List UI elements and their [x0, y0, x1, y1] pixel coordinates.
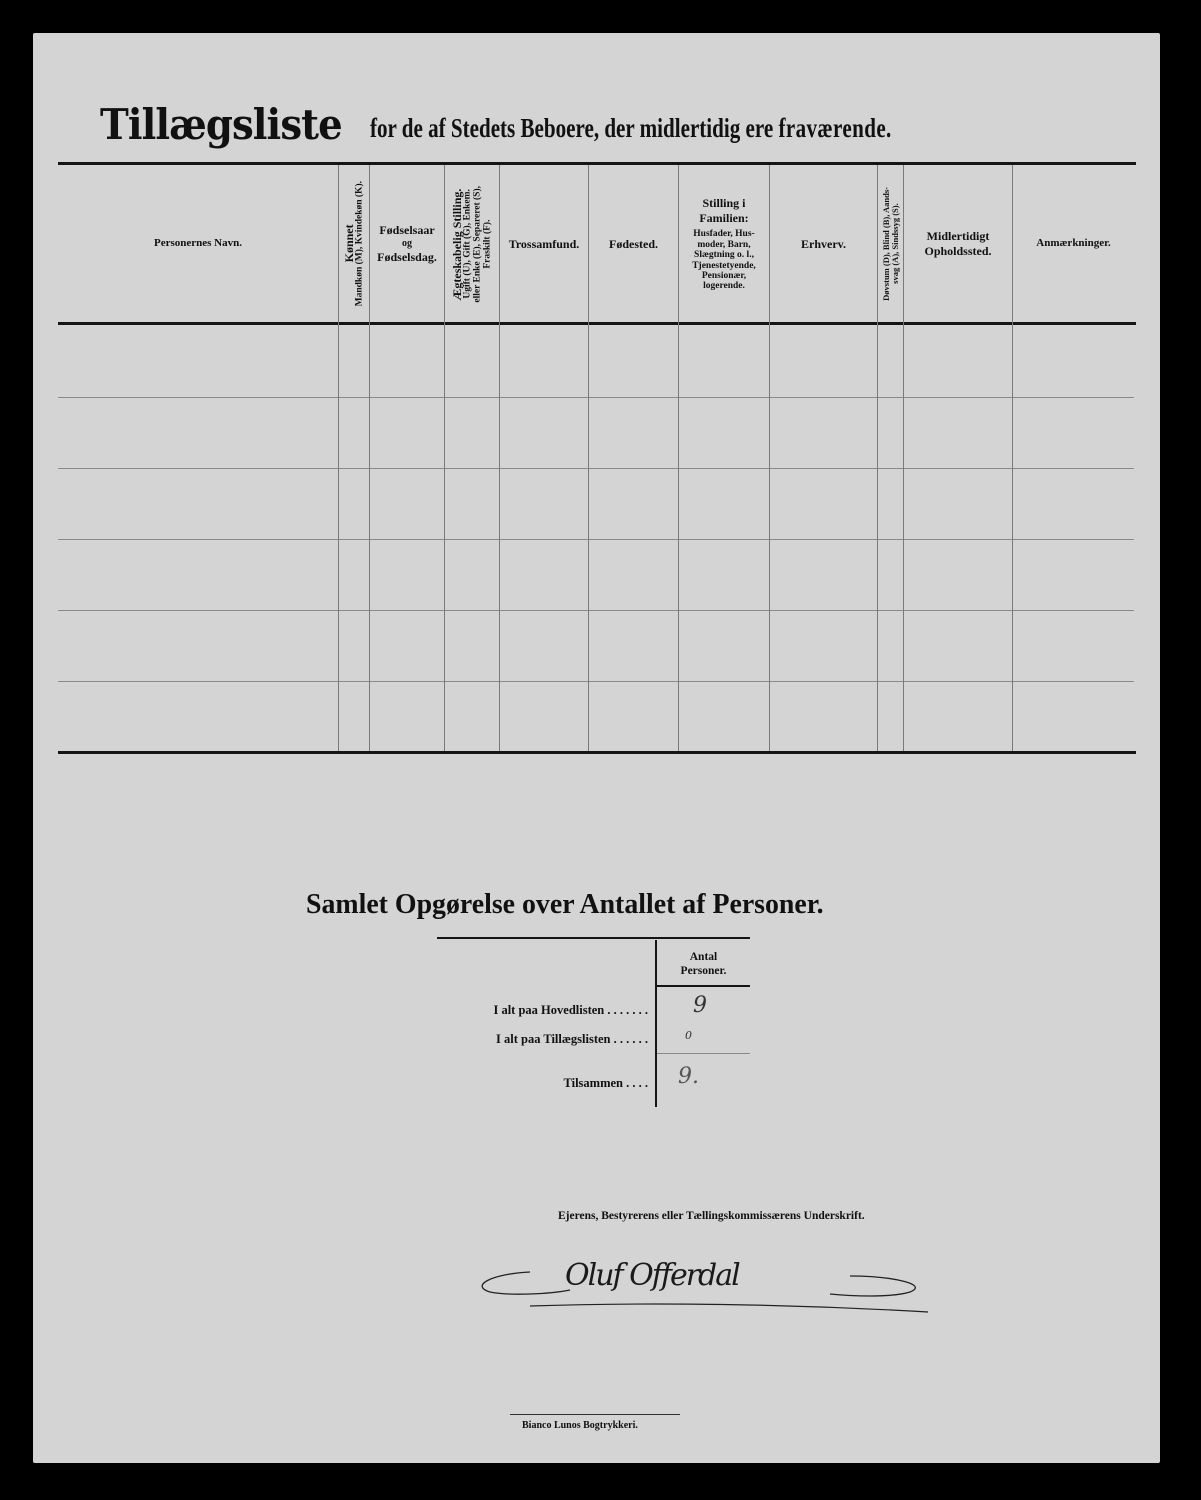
form-title: Tillægsliste	[100, 100, 342, 149]
summary-column-header: Antal Personer.	[657, 944, 750, 984]
summary-row-dots: . . . . . . .	[607, 1003, 648, 1017]
summary-header-line: Personer.	[681, 964, 727, 978]
table-top-rule	[58, 162, 1136, 165]
col-header-opholdssted: Midlertidigt Opholdssted.	[904, 166, 1012, 322]
form-subtitle: for de af Stedets Beboere, der midlertid…	[370, 113, 892, 144]
col-header-sub: logerende.	[703, 281, 745, 291]
subtitle-emphasis: fraværende.	[778, 113, 891, 143]
summary-row-tilsammen: Tilsammen . . . .	[400, 1076, 648, 1091]
summary-value-tilsammen: 9.	[678, 1064, 699, 1089]
col-header-sub: Pensionær,	[702, 271, 746, 281]
col-header-line: Fødselsaar	[379, 223, 434, 238]
col-header-line: Fødselsdag.	[377, 250, 437, 265]
summary-row-label: I alt paa Hovedlisten	[493, 1003, 604, 1017]
signature-label: Ejerens, Bestyrerens eller Tællingskommi…	[558, 1210, 865, 1222]
col-header-kjonnet: Kønnet Mandkøn (M), Kvindekøn (K).	[339, 166, 369, 322]
col-header-label: Anmærkninger.	[1036, 237, 1110, 251]
footer-rule	[510, 1414, 680, 1415]
row-divider	[58, 539, 1134, 540]
subtitle-text: for de af Stedets Beboere, der midlertid…	[370, 113, 773, 143]
summary-row-label: Tilsammen	[564, 1076, 624, 1090]
col-header-line: Opholdssted.	[924, 244, 991, 259]
summary-row-hovedlisten: I alt paa Hovedlisten . . . . . . .	[400, 1003, 648, 1018]
col-header-fodested: Fødested.	[589, 166, 678, 322]
col-header-label: Trossamfund.	[509, 237, 580, 252]
summary-row-label: I alt paa Tillægslisten	[496, 1032, 611, 1046]
signature-area: Oluf Offerdal	[470, 1250, 930, 1320]
col-header-trossamfund: Trossamfund.	[500, 166, 588, 322]
col-header-sub: Mandkøn (M), Kvindekøn (K).	[355, 181, 365, 306]
row-divider	[58, 681, 1134, 682]
printer-credit: Bianco Lunos Bogtrykkeri.	[522, 1420, 638, 1431]
summary-title: Samlet Opgørelse over Antallet af Person…	[306, 888, 824, 921]
col-header-sub: Husfader, Hus-	[693, 229, 754, 239]
col-header-line: og	[402, 238, 412, 251]
table-bottom-rule	[58, 751, 1136, 754]
col-header-sub: Slægtning o. l.,	[694, 250, 754, 260]
col-header-sub: moder, Barn,	[697, 240, 750, 250]
col-header-aegteskab: Ægteskabelig Stilling. Ugift (U), Gift (…	[445, 166, 499, 322]
col-header-stilling: Stilling i Familien: Husfader, Hus- mode…	[679, 166, 769, 322]
col-header-label: Personernes Navn.	[154, 237, 242, 251]
summary-row-tillaegslisten: I alt paa Tillægslisten . . . . . .	[400, 1032, 648, 1047]
col-header-erhverv: Erhverv.	[770, 166, 877, 322]
signature-handwritten: Oluf Offerdal	[565, 1258, 739, 1293]
row-divider	[58, 397, 1134, 398]
col-header-sub: Tjenestetyende,	[692, 261, 756, 271]
summary-header-line: Antal	[690, 950, 717, 964]
summary-value-hovedlisten: 9	[693, 993, 707, 1018]
summary-value-tillaegslisten: 0	[685, 1029, 692, 1042]
header-bottom-rule	[58, 322, 1136, 325]
summary-header-rule	[657, 985, 750, 987]
col-header-label: Ægteskabelig Stilling.	[451, 186, 464, 303]
col-header-sub: Fraskilt (F).	[483, 186, 493, 303]
col-header-line: Midlertidigt	[927, 229, 990, 244]
col-header-sub: svag (A), Sindssyg (S).	[891, 187, 900, 301]
summary-total-rule	[657, 1053, 750, 1054]
col-header-anmaerkninger: Anmærkninger.	[1013, 166, 1134, 322]
col-header-fodselsaar: Fødselsaar og Fødselsdag.	[370, 166, 444, 322]
col-header-sygdom: Døvstum (D), Blind (B), Aands- svag (A),…	[878, 166, 903, 322]
row-divider	[58, 468, 1134, 469]
col-header-navn: Personernes Navn.	[58, 166, 338, 322]
col-header-label: Fødested.	[609, 237, 658, 252]
col-header-label: Kønnet	[343, 181, 356, 306]
summary-row-dots: . . . .	[626, 1076, 648, 1090]
col-header-line: Familien:	[699, 211, 748, 226]
col-header-line: Stilling i	[702, 196, 745, 211]
row-divider	[58, 610, 1134, 611]
summary-row-dots: . . . . . .	[614, 1032, 648, 1046]
summary-top-rule	[437, 937, 750, 939]
col-header-label: Erhverv.	[801, 237, 846, 252]
